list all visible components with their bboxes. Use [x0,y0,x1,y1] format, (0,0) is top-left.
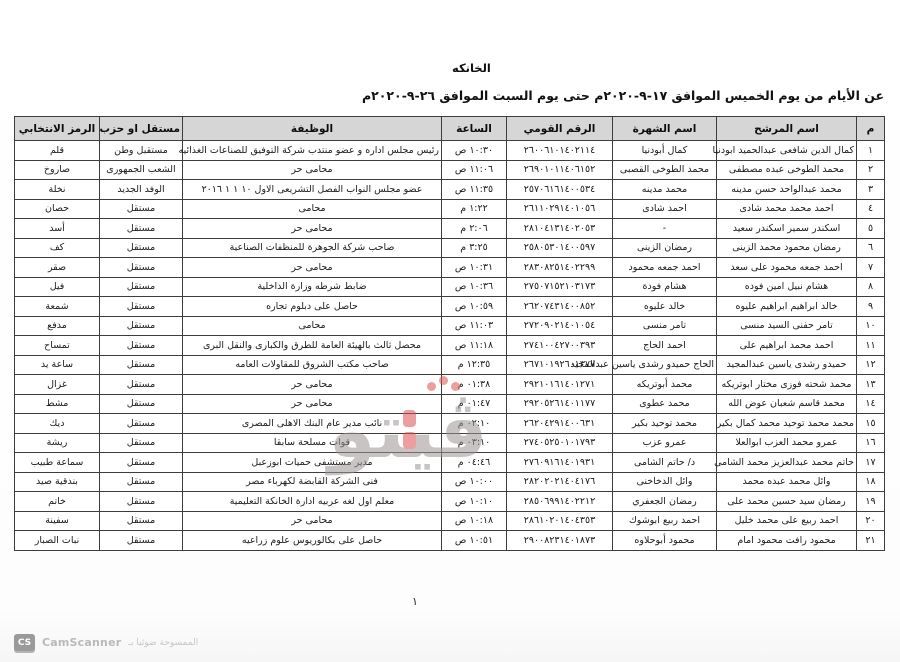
cell-symbol: نخلة [15,180,100,200]
cell-national_id: ٢٧٤١٠٠٤٢٧٠٠٣٩٣ [507,336,613,356]
cell-time: ١٠:١٨ ص [442,511,507,531]
cell-candidate: حميدو رشدى ياسين عبدالمجيد [717,355,857,375]
cell-num: ١ [857,141,885,161]
cell-symbol: تمساح [15,336,100,356]
cell-job: محامى حر [183,219,442,239]
cell-national_id: ٢٦٢٠٧٤٣١٤٠٠٨٥٢ [507,297,613,317]
cell-symbol: ريشة [15,433,100,453]
table-row: ١٤محمد قاسم شعبان عوض اللهمحمد عطوى٢٩٢٠٥… [15,394,885,414]
cell-time: ١٠:٣٦ ص [442,277,507,297]
cell-num: ٤ [857,199,885,219]
cell-affiliation: مستقل [100,375,183,395]
cell-time: ١٠:٣١ ص [442,258,507,278]
cell-national_id: ٢٧٤٠٥٢٥٠١٠١٧٩٣ [507,433,613,453]
cell-affiliation: مستقل [100,238,183,258]
cell-num: ٢١ [857,531,885,551]
cell-symbol: مشط [15,394,100,414]
cell-candidate: خالد ابراهيم ابراهيم عليوه [717,297,857,317]
cell-symbol: نبات الصبار [15,531,100,551]
cell-candidate: احمد محمد ابراهيم على [717,336,857,356]
cell-alias: خالد عليوه [613,297,717,317]
cell-job: نائب مدير عام البنك الاهلى المصرى [183,414,442,434]
scanned-with-text: الممسوحة ضوئيا بـ [128,638,198,648]
cell-job: قوات مسلحة سابقا [183,433,442,453]
cell-job: حاصل على دبلوم تجاره [183,297,442,317]
table-row: ١٨وائل محمد عبده محمدوائل الدخاخنى٢٨٢٠٢٠… [15,472,885,492]
cell-national_id: ٢٨٦١٠٢٠١٤٠٤٣٥٣ [507,511,613,531]
cell-symbol: أسد [15,219,100,239]
table-row: ١٣محمد شحته فوزى مختار ابوتريكهمحمد أبوت… [15,375,885,395]
cell-job: مدير مستشفى حميات ابوزعبل [183,453,442,473]
cell-num: ١٥ [857,414,885,434]
cell-affiliation: مستقل [100,492,183,512]
cell-job: محامى [183,199,442,219]
camscanner-brand-text: CamScanner [42,636,121,649]
cell-num: ٢٠ [857,511,885,531]
table-row: ٢١محمود رافت محمود اماممحمود أبوحلاوه٢٩٠… [15,531,885,551]
cell-num: ٥ [857,219,885,239]
table-body: ١كمال الدين شافعى عبدالحميد ابودنياكمال … [15,141,885,551]
cell-candidate: حاتم محمد عبدالعزيز محمد الشامى [717,453,857,473]
cell-affiliation: مستقل [100,355,183,375]
document-title: عن الأيام من يوم الخميس الموافق ١٧-٩-٢٠٢… [362,88,884,103]
cell-num: ١٠ [857,316,885,336]
table-row: ١كمال الدين شافعى عبدالحميد ابودنياكمال … [15,141,885,161]
cell-affiliation: مستقل [100,336,183,356]
cell-affiliation: الوفد الجديد [100,180,183,200]
cell-num: ٢ [857,160,885,180]
cell-affiliation: مستقل [100,394,183,414]
table-row: ١٢حميدو رشدى ياسين عبدالمجيدالحاج حميدو … [15,355,885,375]
table-row: ١٠تامر حفنى السيد منسىتامر منسى٢٧٢٠٩٠٢١٤… [15,316,885,336]
cell-candidate: محمد شحته فوزى مختار ابوتريكه [717,375,857,395]
cell-num: ١١ [857,336,885,356]
cell-candidate: هشام نبيل امين فوده [717,277,857,297]
cell-job: محامى حر [183,258,442,278]
cell-symbol: بندقية صيد [15,472,100,492]
header-job: الوظيفة [183,117,442,141]
cell-time: ١٢:٣٥ م [442,355,507,375]
cell-symbol: مدفع [15,316,100,336]
cell-time: ١١:٠٣ ص [442,316,507,336]
cell-candidate: كمال الدين شافعى عبدالحميد ابودنيا [717,141,857,161]
cell-affiliation: مستقل [100,199,183,219]
header-num: م [857,117,885,141]
cell-national_id: ٢٩٢١٠١٦١٤٠١٢٧١ [507,375,613,395]
cell-candidate: محمد الطوخى عبده مصطفى [717,160,857,180]
cell-num: ١٤ [857,394,885,414]
cell-candidate: محمد محمد توحيد محمد كمال بكير [717,414,857,434]
cell-job: صاحب شركة الجوهرة للمنظفات الصناعية [183,238,442,258]
cell-alias: هشام فودة [613,277,717,297]
cell-affiliation: مستقل [100,511,183,531]
page-number: ١ [412,595,418,608]
cell-candidate: احمد محمد محمد شادى [717,199,857,219]
cell-time: ١٠:٣٠ ص [442,141,507,161]
cell-alias: محمد مدينه [613,180,717,200]
cell-symbol: سماعة طبيب [15,453,100,473]
cell-time: ٠١:٤٧ م [442,394,507,414]
cell-job: عضو مجلس النواب الفصل التشريعى الاول ١٠ … [183,180,442,200]
cell-symbol: كف [15,238,100,258]
cell-national_id: ٢٦١١٠٢٩١٤٠١٠٥٦ [507,199,613,219]
cell-alias: عمرو عزب [613,433,717,453]
cell-alias: احمد الحاج [613,336,717,356]
cell-job: رئيس مجلس اداره و عضو منتدب شركة التوفيق… [183,141,442,161]
cell-alias: الحاج حميدو رشدى ياسين عبدالمجيد [613,355,717,375]
cell-symbol: صقر [15,258,100,278]
cell-national_id: ٢٥٨٠٥٣٠١٤٠٠٥٩٧ [507,238,613,258]
scanned-document-page: الخانكه عن الأيام من يوم الخميس الموافق … [0,0,900,662]
cell-time: ٢:٠٦ م [442,219,507,239]
cell-alias: كمال أبودنيا [613,141,717,161]
cell-national_id: ٢٨٢٠٢٠٢١٤٠٤١٧٦ [507,472,613,492]
cell-alias: محمد عطوى [613,394,717,414]
cell-job: ضابط شرطه وزارة الداخلية [183,277,442,297]
cell-symbol: غزال [15,375,100,395]
cell-alias: محمد أبوتريكه [613,375,717,395]
cell-time: ١١:٠٦ ص [442,160,507,180]
cell-affiliation: مستقل [100,277,183,297]
cell-alias: محمد توحيد بكير [613,414,717,434]
cell-affiliation: مستقل [100,297,183,317]
cell-num: ١٣ [857,375,885,395]
cell-affiliation: مستقل [100,316,183,336]
cell-job: صاحب مكتب الشروق للمقاولات العامه [183,355,442,375]
cell-affiliation: مستقل [100,453,183,473]
cell-national_id: ٢٩٢٠٥٢٦١٤٠١١٧٧ [507,394,613,414]
cell-national_id: ٢٨٣٠٨٢٥١٤٠٢٢٩٩ [507,258,613,278]
table-row: ٢٠احمد ربيع على محمد خليلاحمد ربيع ابوشو… [15,511,885,531]
cell-time: ٠٢:١٠ م [442,414,507,434]
camscanner-footer: CS CamScanner الممسوحة ضوئيا بـ [14,634,198,651]
cell-national_id: ٢٧٥٠٧١٥٢١٠٣١٧٣ [507,277,613,297]
cell-symbol: شمعة [15,297,100,317]
cell-alias: محمد الطوخى القصبى [613,160,717,180]
cell-candidate: محمد عبدالواحد حسن مدينه [717,180,857,200]
cell-time: ١٠:٥١ ص [442,531,507,551]
header-national-id: الرقم القومي [507,117,613,141]
table-row: ١١احمد محمد ابراهيم علىاحمد الحاج٢٧٤١٠٠٤… [15,336,885,356]
cell-num: ٦ [857,238,885,258]
cell-time: ١١:٣٥ ص [442,180,507,200]
cell-job: حاصل على بكالوريوس علوم زراعيه [183,531,442,551]
cell-alias: رمضان الزينى [613,238,717,258]
camscanner-logo-icon: CS [14,634,35,651]
cell-num: ١٧ [857,453,885,473]
cell-time: ٠١:٣٨ م [442,375,507,395]
cell-candidate: احمد جمعه محمود على سعد [717,258,857,278]
table-row: ٢محمد الطوخى عبده مصطفىمحمد الطوخى القصب… [15,160,885,180]
cell-symbol: قلم [15,141,100,161]
district-label: الخانكه [452,61,491,75]
table-header: م اسم المرشح اسم الشهرة الرقم القومي الس… [15,117,885,141]
header-candidate-name: اسم المرشح [717,117,857,141]
table-row: ١٧حاتم محمد عبدالعزيز محمد الشامىد/ حاتم… [15,453,885,473]
cell-affiliation: مستقل [100,531,183,551]
cell-time: ١٠:٠٠ ص [442,472,507,492]
cell-alias: محمود أبوحلاوه [613,531,717,551]
cell-num: ١٢ [857,355,885,375]
table-row: ٧احمد جمعه محمود على سعداحمد جمعه محمود٢… [15,258,885,278]
cell-national_id: ٢٦٢٠٤٢٩١٤٠٠٦٣١ [507,414,613,434]
cell-job: محصل ثالث بالهيئة العامة للطرق والكبارى … [183,336,442,356]
table-row: ١٩رمضان سيد حسين محمد علىرمضان الجعفري٢٨… [15,492,885,512]
cell-national_id: ٢٦٠٠٦١٠١٤٠٢١١٤ [507,141,613,161]
cell-candidate: عمرو محمد العزب ابوالعلا [717,433,857,453]
cell-symbol: ساعة يد [15,355,100,375]
header-affiliation: مستقل او حزب [100,117,183,141]
cell-num: ١٨ [857,472,885,492]
cell-national_id: ٢٦٩٠١٠١١٤٠٦١٥٢ [507,160,613,180]
cell-candidate: اسكندر سمير اسكندر سعيد [717,219,857,239]
cell-candidate: محمود رافت محمود امام [717,531,857,551]
table-row: ٤احمد محمد محمد شادىاحمد شادى٢٦١١٠٢٩١٤٠١… [15,199,885,219]
cell-symbol: ديك [15,414,100,434]
cell-affiliation: مستقبل وطن [100,141,183,161]
candidates-table: م اسم المرشح اسم الشهرة الرقم القومي الس… [14,116,885,551]
table-row: ٩خالد ابراهيم ابراهيم عليوهخالد عليوه٢٦٢… [15,297,885,317]
table-row: ١٥محمد محمد توحيد محمد كمال بكيرمحمد توح… [15,414,885,434]
cell-num: ٧ [857,258,885,278]
header-electoral-symbol: الرمز الانتخابي [15,117,100,141]
header-time: الساعة [442,117,507,141]
cell-candidate: احمد ربيع على محمد خليل [717,511,857,531]
table-row: ٨هشام نبيل امين فودههشام فودة٢٧٥٠٧١٥٢١٠٣… [15,277,885,297]
cell-num: ١٩ [857,492,885,512]
cell-national_id: ٢٨١٠٤١٣١٤٠٢٠٥٣ [507,219,613,239]
cell-alias: وائل الدخاخنى [613,472,717,492]
cell-alias: احمد ربيع ابوشوك [613,511,717,531]
table-row: ٦رمضان محمود محمد الزينىرمضان الزينى٢٥٨٠… [15,238,885,258]
cell-alias: احمد شادى [613,199,717,219]
cell-national_id: ٢٩٠٠٨٢٣١٤٠١٨٧٣ [507,531,613,551]
cell-symbol: فيل [15,277,100,297]
cell-time: ١١:١٨ ص [442,336,507,356]
cell-num: ٨ [857,277,885,297]
table-row: ٣محمد عبدالواحد حسن مدينهمحمد مدينه٢٥٧٠٦… [15,180,885,200]
cell-num: ١٦ [857,433,885,453]
cell-candidate: وائل محمد عبده محمد [717,472,857,492]
cell-national_id: ٢٧٦٠٩١٦١٤٠١٩٣١ [507,453,613,473]
table-row: ٥اسكندر سمير اسكندر سعيد-٢٨١٠٤١٣١٤٠٢٠٥٣٢… [15,219,885,239]
cell-time: ٣:٢٥ م [442,238,507,258]
cell-symbol: حصان [15,199,100,219]
cell-affiliation: الشعب الجمهورى [100,160,183,180]
cell-affiliation: مستقل [100,258,183,278]
cell-num: ٣ [857,180,885,200]
cell-alias: رمضان الجعفري [613,492,717,512]
cell-symbol: خاتم [15,492,100,512]
cell-time: ١٠:٥٩ ص [442,297,507,317]
cell-job: محامى حر [183,394,442,414]
cell-alias: تامر منسى [613,316,717,336]
cell-affiliation: مستقل [100,472,183,492]
cell-symbol: صاروخ [15,160,100,180]
cell-symbol: سفينة [15,511,100,531]
cell-job: معلم اول لغه عربيه ادارة الخانكة التعليم… [183,492,442,512]
cell-time: ٠٣:١٠ م [442,433,507,453]
cell-candidate: رمضان سيد حسين محمد على [717,492,857,512]
cell-alias: د/ حاتم الشامى [613,453,717,473]
cell-alias: احمد جمعه محمود [613,258,717,278]
cell-alias: - [613,219,717,239]
cell-national_id: ٢٧٢٠٩٠٢١٤٠١٠٥٤ [507,316,613,336]
cell-job: فنى الشركة القابضة لكهرباء مصر [183,472,442,492]
cell-affiliation: مستقل [100,433,183,453]
cell-candidate: رمضان محمود محمد الزينى [717,238,857,258]
cell-affiliation: مستقل [100,414,183,434]
cell-job: محامى حر [183,375,442,395]
cell-national_id: ٢٥٧٠٦١٦١٤٠٠٥٣٤ [507,180,613,200]
cell-affiliation: مستقل [100,219,183,239]
cell-time: ١:٢٢ م [442,199,507,219]
cell-job: محامى حر [183,160,442,180]
header-row: م اسم المرشح اسم الشهرة الرقم القومي الس… [15,117,885,141]
table-row: ١٦عمرو محمد العزب ابوالعلاعمرو عزب٢٧٤٠٥٢… [15,433,885,453]
cell-job: محامى [183,316,442,336]
cell-candidate: تامر حفنى السيد منسى [717,316,857,336]
cell-time: ١٠:١٠ ص [442,492,507,512]
header-alias-name: اسم الشهرة [613,117,717,141]
cell-candidate: محمد قاسم شعبان عوض الله [717,394,857,414]
cell-time: ٠٤:٤٦ م [442,453,507,473]
cell-national_id: ٢٨٥٠٦٩٩١٤٠٢٢١٢ [507,492,613,512]
cell-job: محامى حر [183,511,442,531]
cell-num: ٩ [857,297,885,317]
